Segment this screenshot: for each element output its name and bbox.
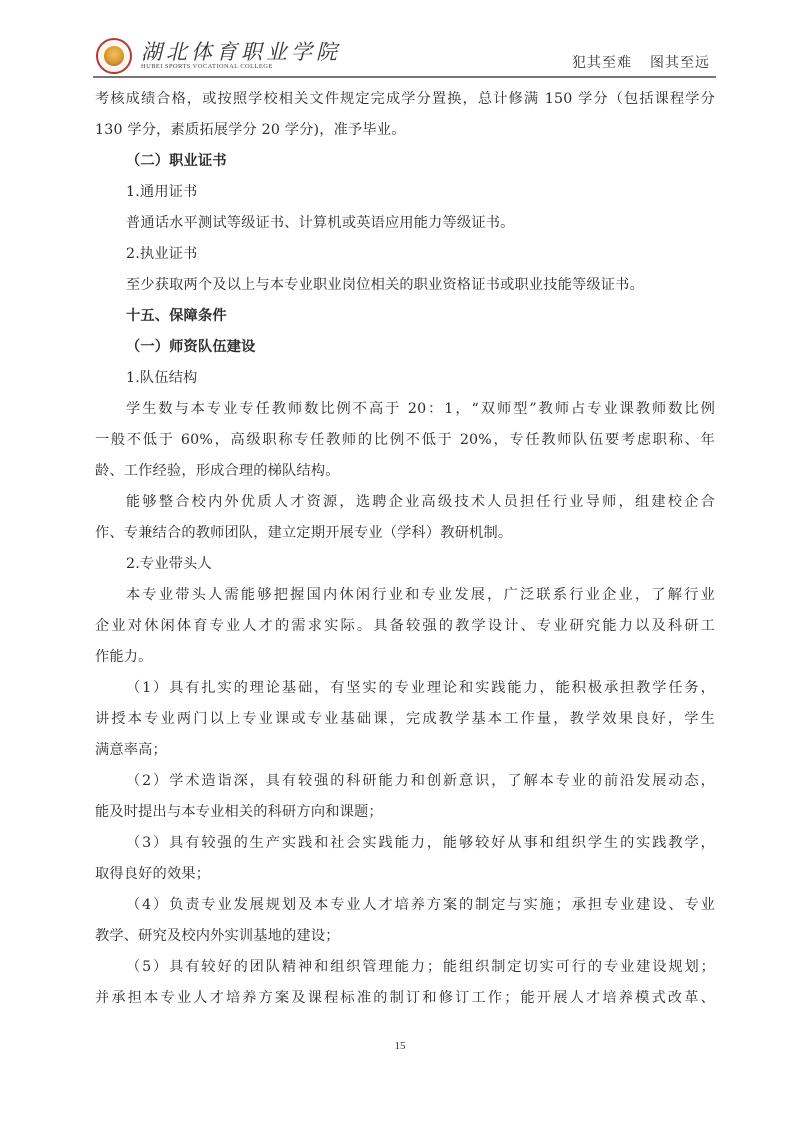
body-text-line: （1）具有扎实的理论基础，有坚实的专业理论和实践能力，能积极承担教学任务，: [95, 673, 715, 704]
college-seal-logo-icon: [96, 38, 132, 74]
college-motto: 犯其至难图其至远: [572, 52, 710, 72]
body-text-line: 至少获取两个及以上与本专业职业岗位相关的职业资格证书或职业技能等级证书。: [95, 270, 715, 301]
body-text-line: 能及时提出与本专业相关的科研方向和课题；: [95, 797, 715, 828]
motto-part-2: 图其至远: [650, 55, 710, 71]
section-heading: （一）师资队伍建设: [95, 332, 715, 363]
body-text-line: 130 学分，素质拓展学分 20 学分)，准予毕业。: [95, 115, 715, 146]
body-text-line: （5）具有较好的团队精神和组织管理能力；能组织制定切实可行的专业建设规划；: [95, 952, 715, 983]
body-text-line: 一般不低于 60%，高级职称专任教师的比例不低于 20%，专任教师队伍要考虑职称…: [95, 425, 715, 456]
body-text-line: 取得良好的效果；: [95, 859, 715, 890]
body-text-line: （4）负责专业发展规划及本专业人才培养方案的制定与实施；承担专业建设、专业: [95, 890, 715, 921]
college-name-en: HUBEI SPORTS VOCATIONAL COLLEGE: [141, 63, 273, 70]
body-text-line: 企业对休闲体育专业人才的需求实际。具备较强的教学设计、专业研究能力以及科研工: [95, 611, 715, 642]
body-text-line: 作能力。: [95, 642, 715, 673]
section-heading: （二）职业证书: [95, 146, 715, 177]
header-divider: [93, 76, 716, 78]
body-text-line: 1.队伍结构: [95, 363, 715, 394]
body-text-line: 2.执业证书: [95, 239, 715, 270]
body-text-line: 学生数与本专业专任教师数比例不高于 20：1，“双师型”教师占专业课教师数比例: [95, 394, 715, 425]
body-text-line: 满意率高；: [95, 735, 715, 766]
body-text-line: 教学、研究及校内外实训基地的建设；: [95, 921, 715, 952]
college-name-cn: 湖北体育职业学院: [141, 36, 341, 66]
body-text-line: 作、专兼结合的教师团队，建立定期开展专业（学科）教研机制。: [95, 518, 715, 549]
body-text-line: 1.通用证书: [95, 177, 715, 208]
body-text-line: 讲授本专业两门以上专业课或专业基础课，完成教学基本工作量，教学效果良好，学生: [95, 704, 715, 735]
body-text-line: （2）学术造诣深，具有较强的科研能力和创新意识，了解本专业的前沿发展动态，: [95, 766, 715, 797]
body-text-line: 并承担本专业人才培养方案及课程标准的制订和修订工作；能开展人才培养模式改革、: [95, 983, 715, 1014]
body-text-line: 龄、工作经验，形成合理的梯队结构。: [95, 456, 715, 487]
body-text-line: 考核成绩合格，或按照学校相关文件规定完成学分置换，总计修满 150 学分（包括课…: [95, 84, 715, 115]
document-body: 考核成绩合格，或按照学校相关文件规定完成学分置换，总计修满 150 学分（包括课…: [95, 84, 715, 1014]
body-text-line: 2.专业带头人: [95, 549, 715, 580]
motto-part-1: 犯其至难: [572, 55, 632, 71]
page-number: 15: [0, 1040, 800, 1052]
body-text-line: 能够整合校内外优质人才资源，选聘企业高级技术人员担任行业导师，组建校企合: [95, 487, 715, 518]
page-header: 湖北体育职业学院 HUBEI SPORTS VOCATIONAL COLLEGE…: [93, 34, 716, 78]
body-text-line: 普通话水平测试等级证书、计算机或英语应用能力等级证书。: [95, 208, 715, 239]
body-text-line: 本专业带头人需能够把握国内休闲行业和专业发展，广泛联系行业企业，了解行业: [95, 580, 715, 611]
body-text-line: （3）具有较强的生产实践和社会实践能力，能够较好从事和组织学生的实践教学，: [95, 828, 715, 859]
section-heading: 十五、保障条件: [95, 301, 715, 332]
